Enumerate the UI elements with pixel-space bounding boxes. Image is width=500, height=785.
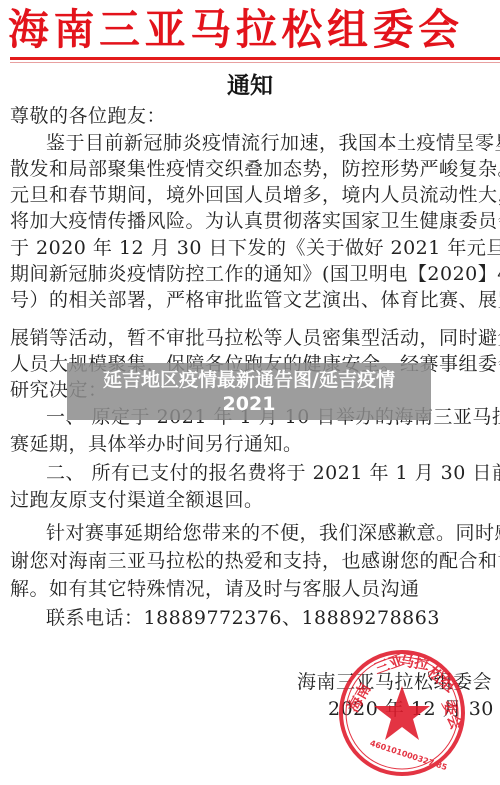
decision-item-2: 二、 所有已支付的报名费将于 2021 年 1 月 30 日前通 xyxy=(46,461,500,485)
official-seal-icon: 海南 三亚 马拉 松组 委会 460101000327 85 xyxy=(337,648,467,778)
notice-title: 通知 xyxy=(0,70,500,102)
body-line: 号）的相关部署，严格审批监管文艺演出、体育比赛、展览 xyxy=(10,288,500,312)
body-line: 散发和局部聚集性疫情交织叠加态势，防控形势严峻复杂。 xyxy=(10,157,500,181)
notice-document: 海南三亚马拉松组委会 通知 尊敬的各位跑友： 鉴于目前新冠肺炎疫情流行加速，我国… xyxy=(0,0,500,785)
body-line: 鉴于目前新冠肺炎疫情流行加速，我国本土疫情呈零星 xyxy=(46,131,500,155)
body-line: 期间新冠肺炎疫情防控工作的通知》(国卫明电【2020】463 xyxy=(10,262,500,286)
body-line: 过跑友原支付渠道全额退回。 xyxy=(10,488,264,512)
salutation: 尊敬的各位跑友： xyxy=(10,104,166,128)
header-red-rule-thin xyxy=(10,62,500,63)
svg-text:460101000327 85: 460101000327 85 xyxy=(369,739,449,773)
header-red-rule xyxy=(10,57,500,60)
caption-line-2: 2021 xyxy=(223,392,276,416)
body-line: 元旦和春节期间，境外回国人员增多，境内人员流动性大， xyxy=(10,183,500,207)
caption-line-1: 延吉地区疫情最新通告图/延吉疫情 xyxy=(103,368,395,392)
body-line: 展销等活动，暂不审批马拉松等人员密集型活动，同时避免 xyxy=(10,326,500,350)
organization-header-title: 海南三亚马拉松组委会 xyxy=(8,6,474,54)
svg-text:马拉: 马拉 xyxy=(398,651,431,674)
caption-overlay: 延吉地区疫情最新通告图/延吉疫情 2021 xyxy=(67,363,431,420)
body-line: 针对赛事延期给您带来的不便，我们深感歉意。同时感 xyxy=(46,521,500,545)
body-line: 谢您对海南三亚马拉松的热爱和支持，也感谢您的配合和谅 xyxy=(10,549,500,573)
body-line: 解。如有其它特殊情况，请及时与客服人员沟通 xyxy=(10,577,420,601)
body-line: 于 2020 年 12 月 30 日下发的《关于做好 2021 年元旦和春节 xyxy=(10,236,500,260)
body-line: 赛延期，具体举办时间另行通知。 xyxy=(10,432,303,456)
contact-phone-line: 联系电话：18889772376、18889278863 xyxy=(46,606,440,630)
body-line: 将加大疫情传播风险。为认真贯彻落实国家卫生健康委员会 xyxy=(10,209,500,233)
